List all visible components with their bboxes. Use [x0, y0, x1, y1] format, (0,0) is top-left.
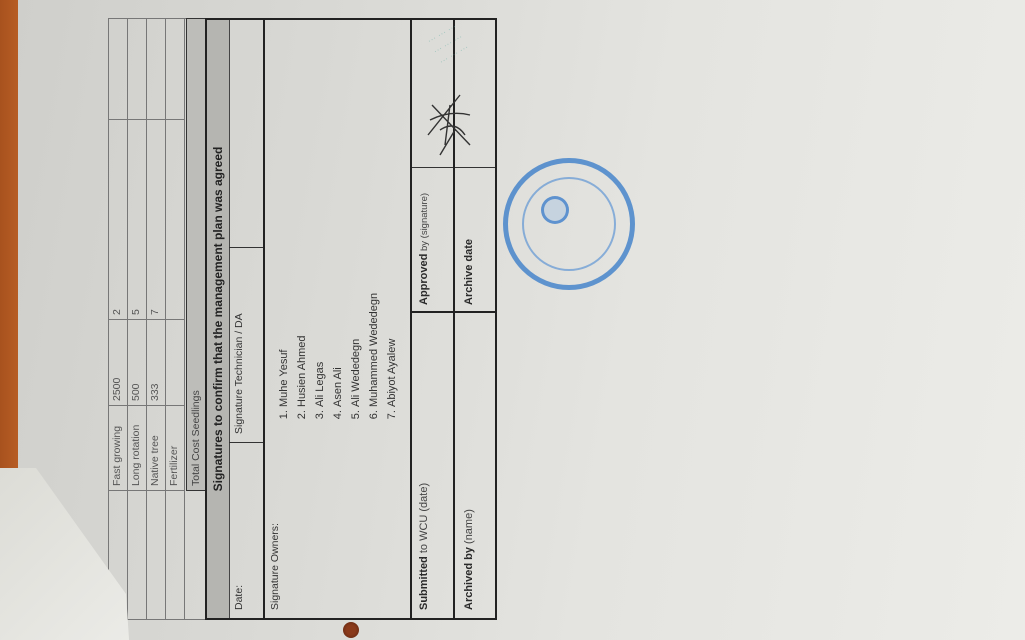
official-seal-stamp — [503, 158, 635, 290]
technician-signature-field[interactable] — [229, 19, 263, 248]
total-cost-seedlings-row: Total Cost Seedlings — [186, 18, 206, 491]
seedling-type: Fertilizer /seedling — [165, 406, 184, 491]
seedling-cost-table: Fast growing 2500 2 Long rotation 500 5 … — [108, 18, 205, 620]
archived-by-field[interactable]: Archived by (name) — [453, 313, 495, 618]
seedling-type: Long rotation — [127, 406, 146, 491]
signature-owners-label: Signature Owners: — [263, 443, 410, 618]
list-item: Muhe Yesuf — [275, 28, 293, 407]
signature-owners-list: Muhe Yesuf Husien Ahmed Ali Legas Asen A… — [263, 20, 410, 443]
list-item: Muhammed Wededegn — [365, 28, 383, 407]
table-row: Native tree 333 7 — [146, 18, 166, 620]
seedling-price: 2500 — [108, 320, 127, 406]
list-item: Ali Legas — [311, 28, 329, 407]
emblem-icon — [541, 196, 569, 224]
seedling-price: 333 — [146, 320, 165, 406]
list-item: Husien Ahmed — [293, 28, 311, 407]
seedling-qty: 7 — [146, 120, 165, 320]
seedling-type: Native tree — [146, 406, 165, 491]
seedling-qty — [165, 120, 184, 320]
list-item: Ali Wededegn — [347, 28, 365, 407]
seedling-type: Fast growing — [108, 406, 127, 491]
seedling-price — [165, 320, 184, 406]
table-row: Long rotation 500 5 — [127, 18, 147, 620]
table-row: Fast growing 2500 2 — [108, 18, 128, 620]
seedling-qty: 2 — [108, 120, 127, 320]
signatures-header: Signatures to confirm that the managemen… — [207, 20, 230, 618]
table-row: Fertilizer /seedling — [165, 18, 185, 620]
seedling-price: 500 — [127, 320, 146, 406]
list-item: Asen Ali — [329, 28, 347, 407]
punch-hole — [343, 622, 359, 638]
list-item: Abiyot Ayalew — [383, 28, 401, 407]
date-field[interactable]: Date: — [229, 443, 263, 618]
seedling-qty: 5 — [127, 120, 146, 320]
submitted-to-wcu-field[interactable]: Submitted to WCU (date) — [410, 313, 453, 618]
